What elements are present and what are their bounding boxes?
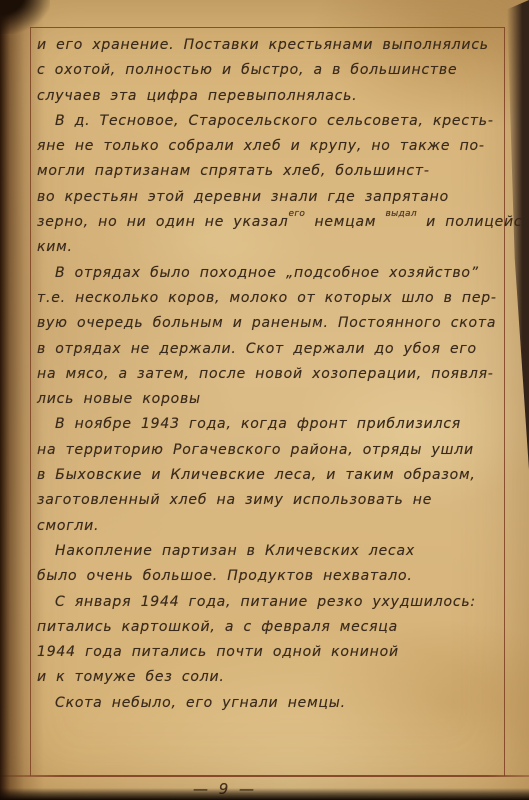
manuscript-line: на территорию Рогачевского района, отряд… xyxy=(37,438,503,463)
manuscript-line: В ноябре 1943 года, когда фронт приблизи… xyxy=(37,412,503,437)
manuscript-line: яне не только собрали хлеб и крупу, но т… xyxy=(37,134,503,159)
corner-shadow xyxy=(0,0,50,34)
line-text: немцам xyxy=(305,214,385,230)
manuscript-line: было очень большое. Продуктов нехватало. xyxy=(37,564,503,589)
inserted-correction: выдал xyxy=(386,209,417,219)
manuscript-line: лись новые коровы xyxy=(37,387,503,412)
manuscript-line: С января 1944 года, питание резко ухудши… xyxy=(37,590,503,615)
manuscript-line: с охотой, полностью и быстро, а в больши… xyxy=(37,58,503,83)
bottom-margin-rule xyxy=(0,775,529,777)
handwritten-text-block: и его хранение. Поставки крестьянами вып… xyxy=(37,33,503,716)
manuscript-line: зерно, но ни один не указалего немцам вы… xyxy=(37,210,503,235)
manuscript-line: могли партизанам спрятать хлеб, большинс… xyxy=(37,159,503,184)
book-edge-shadow xyxy=(0,788,529,800)
manuscript-line: случаев эта цифра перевыполнялась. xyxy=(37,84,503,109)
book-binding-shadow xyxy=(0,0,44,800)
manuscript-line: во крестьян этой деревни знали где запря… xyxy=(37,185,503,210)
manuscript-line: вую очередь больным и раненым. Постоянно… xyxy=(37,311,503,336)
manuscript-line: Скота небыло, его угнали немцы. xyxy=(37,691,503,716)
manuscript-line: В отрядах было походное „подсобное хозяй… xyxy=(37,261,503,286)
manuscript-line: 1944 года питались почти одной кониной xyxy=(37,640,503,665)
manuscript-line: т.е. несколько коров, молоко от которых … xyxy=(37,286,503,311)
page-edge-shadow xyxy=(507,0,529,470)
manuscript-line: в отрядах не держали. Скот держали до уб… xyxy=(37,337,503,362)
manuscript-line: и к томуже без соли. xyxy=(37,665,503,690)
manuscript-line: Накопление партизан в Кличевских лесах xyxy=(37,539,503,564)
manuscript-line: заготовленный хлеб на зиму использовать … xyxy=(37,488,503,513)
manuscript-line: и его хранение. Поставки крестьянами вып… xyxy=(37,33,503,58)
line-text: и полицейс- xyxy=(417,214,528,230)
scanned-notebook-photo: и его хранение. Поставки крестьянами вып… xyxy=(0,0,529,800)
manuscript-line: В д. Тесновое, Старосельского сельсовета… xyxy=(37,109,503,134)
inserted-correction: его xyxy=(289,209,306,219)
line-text: зерно, но ни один не указал xyxy=(37,214,289,230)
manuscript-line: ким. xyxy=(37,235,503,260)
manuscript-line: на мясо, а затем, после новой хозопераци… xyxy=(37,362,503,387)
manuscript-line: в Быховские и Кличевские леса, и таким о… xyxy=(37,463,503,488)
manuscript-line: питались картошкой, а с февраля месяца xyxy=(37,615,503,640)
manuscript-line: смогли. xyxy=(37,514,503,539)
notebook-paper: и его хранение. Поставки крестьянами вып… xyxy=(0,0,529,800)
